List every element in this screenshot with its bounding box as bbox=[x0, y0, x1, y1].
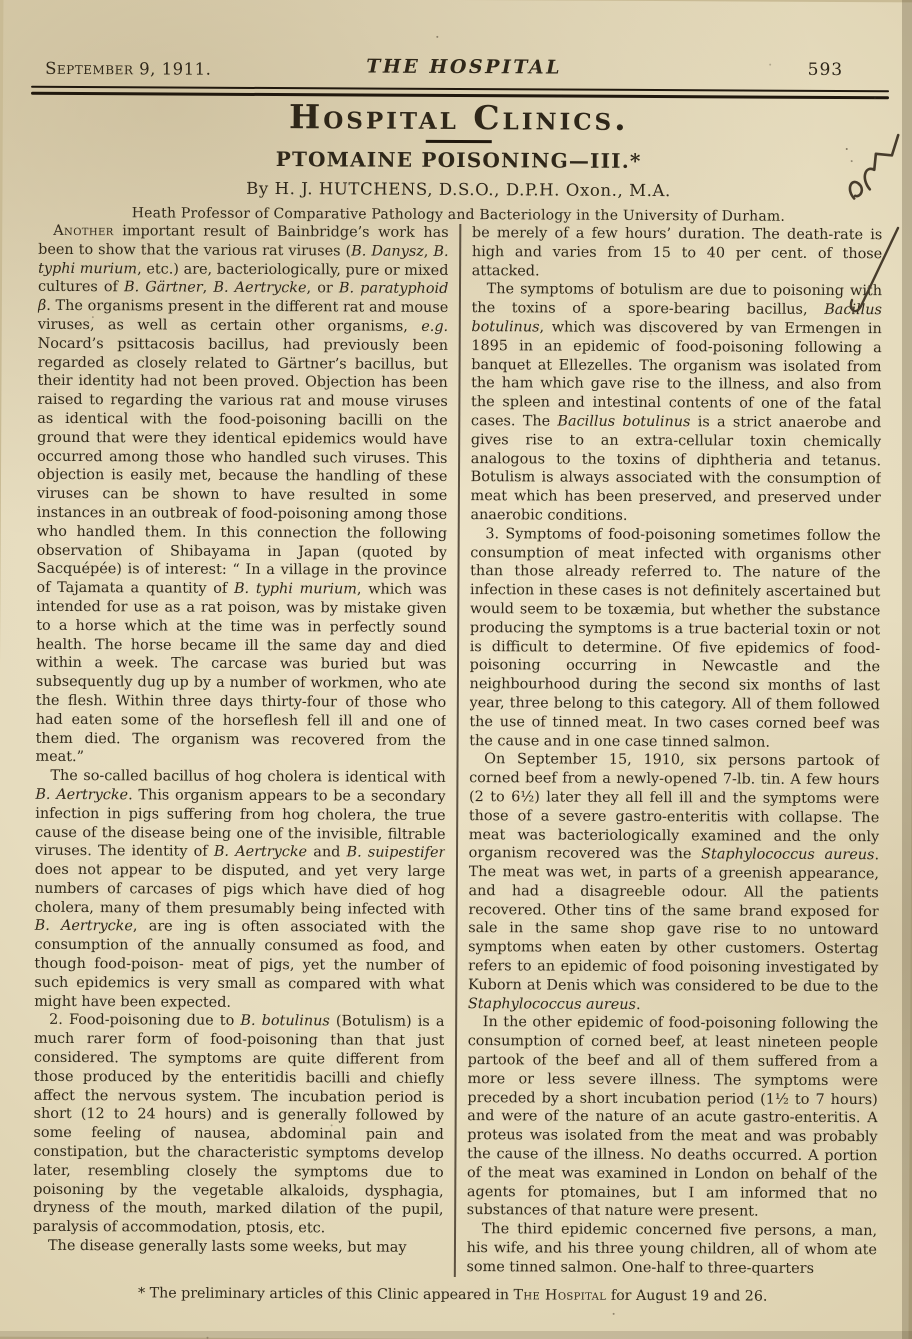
article-masthead: Hospital Clinics. PTOMAINE POISONING—III… bbox=[2, 99, 912, 225]
text-segment: . bbox=[636, 997, 641, 1013]
paragraph: 3. Symptoms of food-poisoning sometimes … bbox=[469, 525, 881, 753]
text-segment: B. typhi murium bbox=[234, 581, 357, 598]
text-segment: Staphylococcus aureus bbox=[468, 996, 636, 1013]
text-segment: The third epidemic concerned five person… bbox=[466, 1221, 877, 1276]
paragraph: The symptoms of botulism are due to pois… bbox=[470, 280, 882, 527]
footnote: * The preliminary articles of this Clini… bbox=[0, 1285, 909, 1306]
right-column-text: be merely of a few hours’ duration. The … bbox=[466, 224, 882, 1279]
text-segment: B. Aertrycke bbox=[213, 280, 306, 296]
paragraph: Another important result of Bainbridge’s… bbox=[35, 222, 448, 769]
paragraph: The disease generally lasts some weeks, … bbox=[33, 1237, 443, 1258]
text-segment: for August 19 and 26. bbox=[606, 1288, 767, 1305]
paragraph: 2. Food-poisoning due to B. botulinus (B… bbox=[33, 1011, 445, 1239]
text-segment: The symptoms of botulism are due to pois… bbox=[472, 282, 883, 319]
text-segment: 3. Symptoms of food-poisoning sometimes … bbox=[469, 526, 881, 750]
text-segment: , which was intended for use as a rat po… bbox=[35, 582, 446, 766]
text-segment: and bbox=[307, 845, 347, 861]
paragraph: The so-called bacillus of hog cholera is… bbox=[34, 767, 446, 1014]
text-segment: B. suipestifer bbox=[347, 845, 446, 862]
title-rule bbox=[426, 140, 492, 143]
text-segment: Another bbox=[53, 223, 113, 239]
journal-title: THE HOSPITAL bbox=[45, 54, 883, 80]
byline: By H. J. HUTCHENS, D.S.O., D.P.H. Oxon.,… bbox=[2, 177, 912, 201]
text-segment: , bbox=[424, 244, 434, 260]
text-segment: does not appear to be disputed, and yet … bbox=[35, 862, 446, 918]
article-body: Another important result of Bainbridge’s… bbox=[33, 222, 883, 1279]
text-segment: B. botulinus bbox=[240, 1013, 329, 1029]
text-segment: B. Aertrycke bbox=[35, 787, 128, 803]
journal-page: September 9, 1911. THE HOSPITAL 593 Hosp… bbox=[0, 0, 912, 1339]
text-segment: Nocard’s psittacosis bacillus, had previ… bbox=[36, 336, 448, 597]
text-segment: , bbox=[203, 280, 214, 296]
text-segment: In the other epidemic of food-poisoning … bbox=[467, 1015, 878, 1220]
text-segment: is a strict anaerobe and gives rise to a… bbox=[470, 414, 881, 524]
text-segment: Staphylococcus aureus bbox=[701, 847, 874, 864]
text-segment: Bacillus botulinus bbox=[557, 413, 690, 430]
text-segment: The so-called bacillus of hog cholera is… bbox=[50, 768, 445, 786]
text-segment: , or bbox=[307, 281, 339, 297]
text-segment: , which was discovered by van Ermengen i… bbox=[471, 319, 882, 429]
text-segment: The Hospital bbox=[513, 1287, 606, 1303]
text-segment: . The meat was wet, in parts of a greeni… bbox=[468, 847, 879, 995]
paragraph: be merely of a few hours’ duration. The … bbox=[472, 224, 883, 283]
section-title: Hospital Clinics. bbox=[3, 99, 912, 138]
text-segment: (Botulism) is a much rarer form of food-… bbox=[33, 1014, 445, 1237]
text-segment: be merely of a few hours’ duration. The … bbox=[472, 225, 883, 279]
column-divider-rule bbox=[454, 224, 461, 1277]
text-segment: B. Gärtner bbox=[124, 280, 203, 296]
paragraph: In the other epidemic of food-poisoning … bbox=[467, 1014, 878, 1223]
text-segment: e.g. bbox=[421, 319, 448, 335]
text-segment: * The preliminary articles of this Clini… bbox=[138, 1285, 514, 1303]
page-number: 593 bbox=[808, 60, 844, 80]
text-segment: 2. Food-poisoning due to bbox=[49, 1012, 240, 1029]
text-segment: B. Aertrycke bbox=[35, 918, 133, 935]
paragraph: On September 15, 1910, six persons parto… bbox=[468, 750, 880, 1015]
running-header: September 9, 1911. THE HOSPITAL 593 bbox=[45, 52, 883, 82]
text-segment: The disease generally lasts some weeks, … bbox=[48, 1238, 407, 1256]
text-segment: B. Danysz bbox=[351, 243, 424, 259]
left-column-text: Another important result of Bainbridge’s… bbox=[33, 222, 449, 1277]
text-segment: B. Aertrycke bbox=[214, 844, 307, 860]
text-segment: . The organisms present in the different… bbox=[38, 298, 449, 335]
header-rule-thin bbox=[31, 86, 889, 92]
article-title: PTOMAINE POISONING—III.* bbox=[3, 146, 912, 173]
paragraph: The third epidemic concerned five person… bbox=[466, 1220, 877, 1279]
